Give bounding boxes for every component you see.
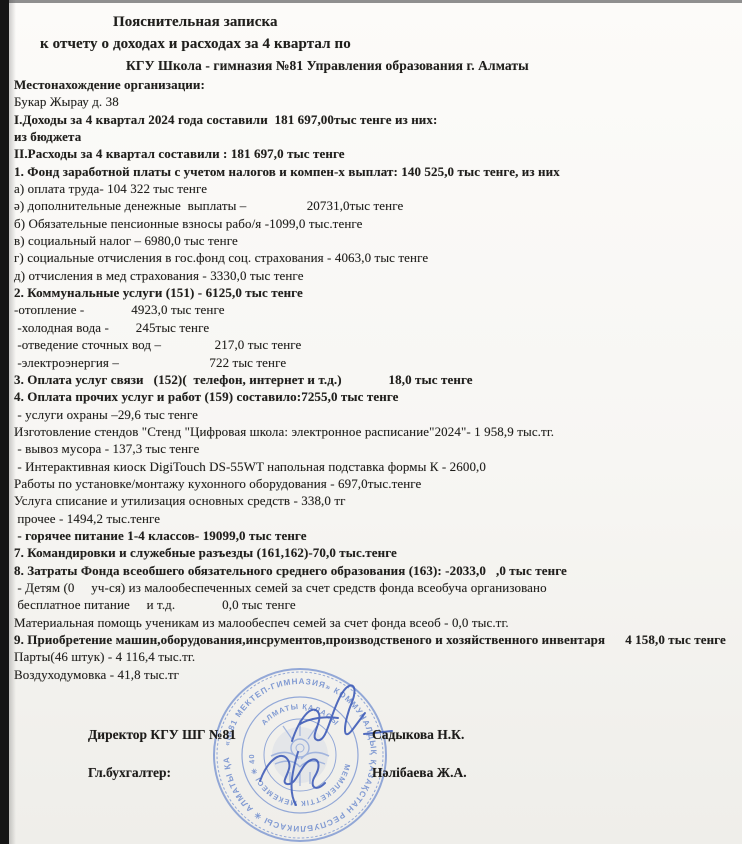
signature-director-ink — [292, 685, 365, 741]
accountant-name: Нәлібаева Ж.А. — [372, 765, 467, 781]
director-name: Садыкова Н.К. — [372, 727, 464, 743]
signature-accountant-ink — [260, 752, 325, 805]
signatures-ink-layer — [0, 0, 742, 844]
director-title: Директор КГУ ШГ №81 — [88, 727, 236, 743]
document-page: Пояснительная запискак отчету о доходах … — [0, 0, 742, 844]
accountant-title: Гл.бухгалтер: — [88, 765, 171, 781]
